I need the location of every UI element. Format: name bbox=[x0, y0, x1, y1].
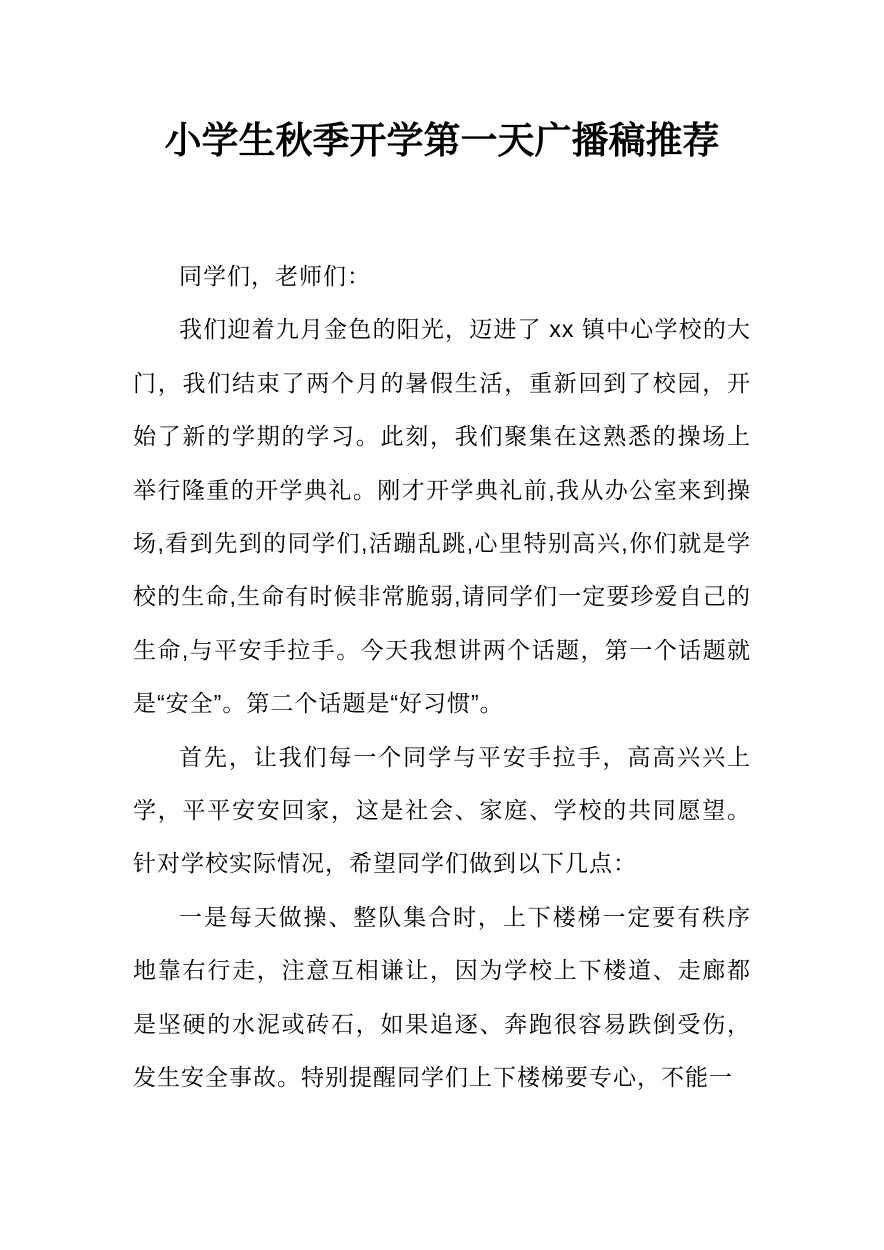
document-page: 小学生秋季开学第一天广播稿推荐 同学们，老师们： 我们迎着九月金色的阳光，迈进了… bbox=[0, 0, 884, 1250]
paragraph-wish: 首先，让我们每一个同学与平安手拉手，高高兴兴上学，平平安安回家，这是社会、家庭、… bbox=[133, 731, 751, 891]
paragraph-rule-one: 一是每天做操、整队集合时，上下楼梯一定要有秩序地靠右行走，注意互相谦让，因为学校… bbox=[133, 891, 751, 1105]
document-title: 小学生秋季开学第一天广播稿推荐 bbox=[0, 0, 884, 166]
paragraph-intro: 我们迎着九月金色的阳光，迈进了 xx 镇中心学校的大门，我们结束了两个月的暑假生… bbox=[133, 303, 751, 730]
paragraph-salutation: 同学们，老师们： bbox=[133, 250, 751, 303]
document-body: 同学们，老师们： 我们迎着九月金色的阳光，迈进了 xx 镇中心学校的大门，我们结… bbox=[133, 250, 751, 1105]
